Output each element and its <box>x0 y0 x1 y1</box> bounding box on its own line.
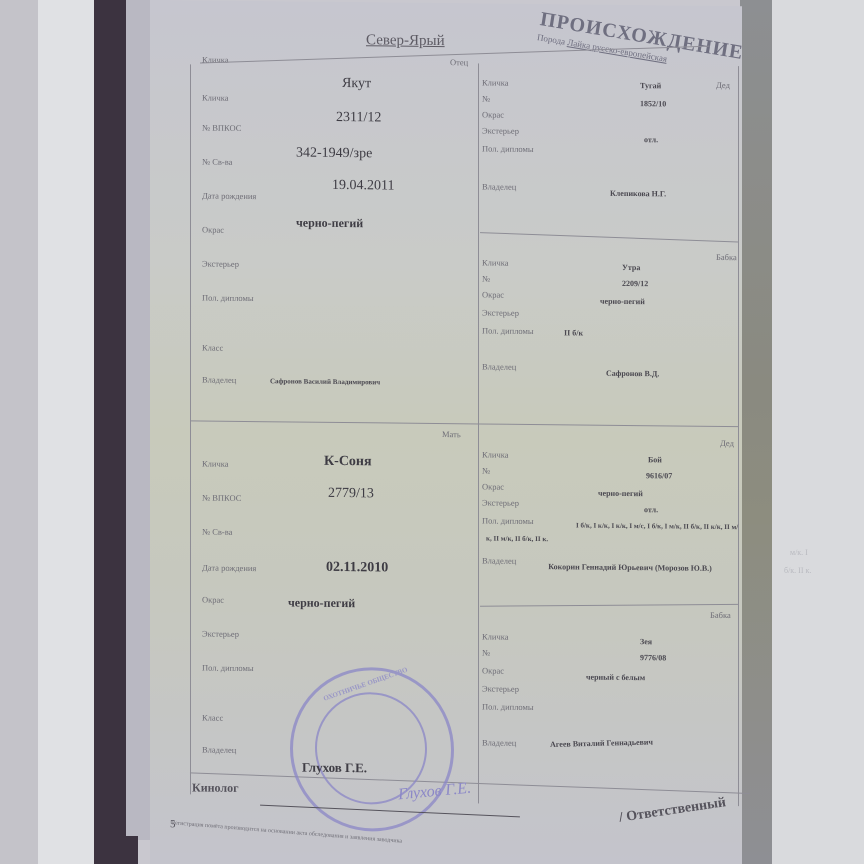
dam-section-label: Мать <box>442 429 461 439</box>
sire-cert-label: № Св-ва <box>202 157 232 167</box>
dam-exterior-label: Экстерьер <box>202 629 239 639</box>
gp2-exterior-label: Экстерьер <box>482 307 519 317</box>
grandparent-divider-2 <box>480 423 738 427</box>
next-page-edge <box>772 0 864 864</box>
dam-name-label: Кличка <box>202 459 229 469</box>
frame-left-line <box>190 64 191 794</box>
gp1-exterior: отл. <box>644 135 658 144</box>
gp3-name: Бой <box>648 455 662 464</box>
gp4-number-label: № <box>482 647 490 657</box>
gp1-owner: Клепикова Н.Г. <box>610 189 666 199</box>
gp2-name-label: Кличка <box>482 257 509 267</box>
gp4-color-label: Окрас <box>482 665 504 675</box>
dam-vpkos: 2779/13 <box>328 486 374 502</box>
gp2-owner-label: Владелец <box>482 361 516 371</box>
gp4-name-label: Кличка <box>482 631 509 641</box>
dam-cert-label: № Св-ва <box>202 527 232 537</box>
gp4-section-label: Бабка <box>710 610 731 620</box>
adjacent-page-text: м/к. I <box>790 548 808 557</box>
gp2-section-label: Бабка <box>716 252 737 262</box>
photo-background-white-strip <box>38 0 94 864</box>
gp4-diplomas-label: Пол. дипломы <box>482 701 534 712</box>
gp2-owner: Сафронов В.Д. <box>606 369 659 379</box>
gp1-number: 1852/10 <box>640 99 666 108</box>
gp3-diplomas: I б/к, I к/к, I к/к, I м/с, I б/к, I м/к… <box>486 518 742 549</box>
frame-center-line <box>478 63 479 803</box>
sire-cert: 342-1949/зре <box>296 146 372 163</box>
sire-exterior-label: Экстерьер <box>202 259 239 269</box>
gp1-exterior-label: Экстерьер <box>482 125 519 135</box>
gp1-name-label: Кличка <box>482 77 509 87</box>
sire-class-label: Класс <box>202 343 223 353</box>
gp3-color-label: Окрас <box>482 481 504 491</box>
photo-background-left <box>0 0 38 864</box>
sire-vpkos: 2311/12 <box>336 110 381 126</box>
dam-name: К-Соня <box>324 454 372 470</box>
gp3-number: 9616/07 <box>646 471 672 480</box>
pedigree-page: ПРОИСХОЖДЕНИЕ Порода Лайка русско-европе… <box>150 0 742 864</box>
dam-dob-label: Дата рождения <box>202 563 256 574</box>
gp2-diplomas-label: Пол. дипломы <box>482 325 534 336</box>
gp4-name: Зея <box>640 637 652 646</box>
dam-color: черно-пегий <box>288 595 355 611</box>
frame-right-line <box>738 66 739 806</box>
dam-diplomas-label: Пол. дипломы <box>202 663 254 674</box>
dam-vpkos-label: № ВПКОС <box>202 493 241 503</box>
photo-shadow-right <box>740 0 772 864</box>
adjacent-page-text: б/к. II к. <box>784 566 811 575</box>
grandparent-divider-1 <box>480 232 738 242</box>
sire-section-label: Отец <box>450 57 468 67</box>
gp2-color-label: Окрас <box>482 289 504 299</box>
gp4-owner-label: Владелец <box>482 737 516 747</box>
gp3-exterior: отл. <box>644 505 658 514</box>
gp3-owner: Кокорин Геннадий Юрьевич (Морозов Ю.В.) <box>540 560 720 576</box>
gp4-owner: Агеев Виталий Геннадьевич <box>550 737 653 749</box>
sire-vpkos-label: № ВПКОС <box>202 123 241 133</box>
sire-name-label: Кличка <box>202 93 229 103</box>
gp1-owner-label: Владелец <box>482 181 516 191</box>
gp2-number: 2209/12 <box>622 279 648 288</box>
dam-dob: 02.11.2010 <box>326 560 388 577</box>
gp2-name: Утра <box>622 263 640 272</box>
kennel-value: Север-Ярый <box>366 32 445 50</box>
dam-class-label: Класс <box>202 713 223 723</box>
gp3-section-label: Дед <box>720 438 734 448</box>
responsible-label: / Ответственный <box>618 795 727 827</box>
dam-owner-label: Владелец <box>202 745 236 755</box>
grandparent-divider-3 <box>480 604 738 607</box>
gp3-owner-label: Владелец <box>482 555 516 565</box>
gp1-number-label: № <box>482 93 490 103</box>
sire-dam-divider <box>190 420 480 424</box>
dam-owner: Глухов Г.Е. <box>302 760 367 777</box>
sire-owner: Сафронов Василий Владимирович <box>270 377 380 386</box>
gp1-diplomas-label: Пол. дипломы <box>482 143 534 154</box>
gp1-name: Тугай <box>640 81 661 90</box>
kinolog-label: Кинолог <box>192 780 239 795</box>
sire-diplomas-label: Пол. дипломы <box>202 293 254 304</box>
gp3-exterior-label: Экстерьер <box>482 497 519 507</box>
sire-color-label: Окрас <box>202 225 224 235</box>
gp4-color: черный с белым <box>586 673 645 683</box>
gp3-number-label: № <box>482 465 490 475</box>
binding-edge-bottom <box>112 836 138 864</box>
gp2-color: черно-пегий <box>600 297 645 306</box>
gp4-number: 9776/08 <box>640 653 666 662</box>
sire-owner-label: Владелец <box>202 375 236 385</box>
gp1-color-label: Окрас <box>482 109 504 119</box>
sire-name: Якут <box>342 76 371 92</box>
dam-color-label: Окрас <box>202 595 224 605</box>
gp3-name-label: Кличка <box>482 449 509 459</box>
sire-color: черно-пегий <box>296 216 363 232</box>
gp2-diplomas: II б/к <box>564 328 583 337</box>
page-edge <box>126 0 152 840</box>
gp3-color: черно-пегий <box>598 489 643 498</box>
gp2-number-label: № <box>482 273 490 283</box>
sire-dob: 19.04.2011 <box>332 178 394 195</box>
gp4-exterior-label: Экстерьер <box>482 683 519 693</box>
sire-dob-label: Дата рождения <box>202 191 256 202</box>
gp1-section-label: Дед <box>716 80 730 90</box>
